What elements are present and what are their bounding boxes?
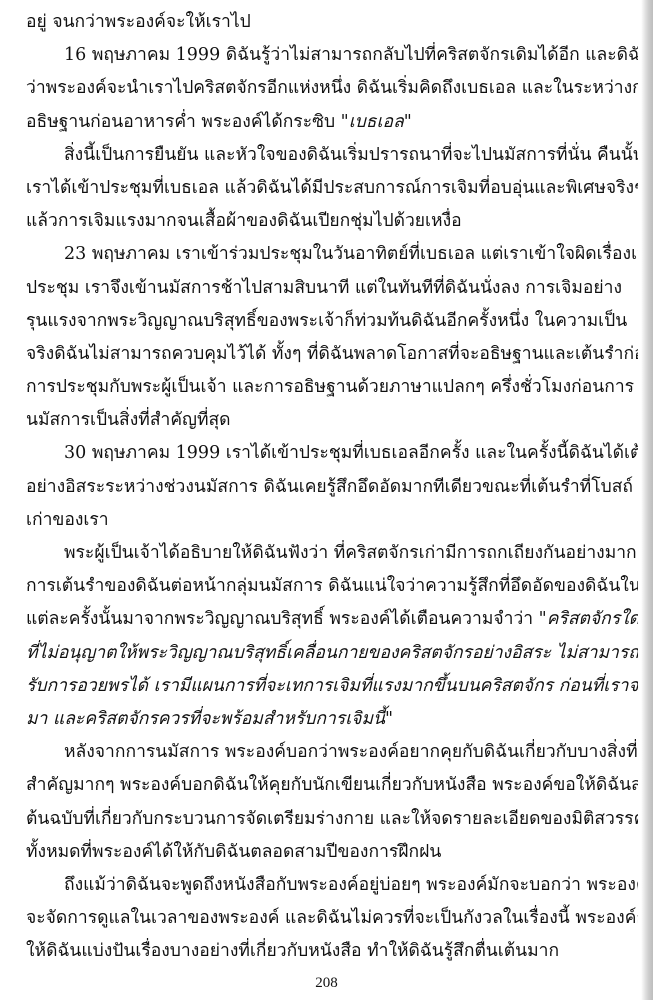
text-line: 30 พฤษภาคม 1999 เราได้เข้าประชุมที่เบธเอ… (26, 437, 638, 470)
text-line: ต้นฉบับที่เกี่ยวกับกระบวนการจัดเตรียมร่า… (26, 803, 638, 836)
text-line: การเต้นรำของดิฉันต่อหน้ากลุ่มนมัสการ ดิฉ… (26, 570, 638, 603)
text-line: จริงดิฉันไม่สามารถควบคุมไว้ได้ ทั้งๆ ที่… (26, 338, 638, 371)
text-line: แต่ละครั้งนั้นมาจากพระวิญญาณบริสุทธิ์ พร… (26, 603, 638, 636)
book-page: อยู่ จนกว่าพระองค์จะให้เราไป 16 พฤษภาคม … (0, 0, 653, 1000)
text-line: ทั้งหมดที่พระองค์ได้ให้กับดิฉันตลอดสามปี… (26, 836, 638, 869)
text-line: ให้ดิฉันแบ่งปันเรื่องบางอย่างที่เกี่ยวกั… (26, 935, 638, 968)
text-line: เก่าของเรา (26, 504, 638, 537)
scan-binding-shadow (641, 0, 653, 1000)
text-run: แต่ละครั้งนั้นมาจากพระวิญญาณบริสุทธิ์ พร… (26, 609, 539, 629)
text-line: จะจัดการดูแลในเวลาของพระองค์ และดิฉันไม่… (26, 902, 638, 935)
page-number: 208 (0, 975, 653, 992)
italic-quote-line: รับการอวยพรได้ เรามีแผนการที่จะเทการเจิม… (26, 670, 638, 703)
text-line: ถึงแม้ว่าดิฉันจะพูดถึงหนังสือกับพระองค์อ… (26, 869, 638, 902)
text-line: รุนแรงจากพระวิญญาณบริสุทธิ์ของพระเจ้าก็ท… (26, 305, 638, 338)
text-line: หลังจากการนมัสการ พระองค์บอกว่าพระองค์อย… (26, 736, 638, 769)
text-line: อยู่ จนกว่าพระองค์จะให้เราไป (26, 6, 638, 39)
text-line: การประชุมกับพระผู้เป็นเจ้า และการอธิษฐาน… (26, 371, 638, 404)
body-text: อยู่ จนกว่าพระองค์จะให้เราไป 16 พฤษภาคม … (26, 6, 638, 968)
text-line: สำคัญมากๆ พระองค์บอกดิฉันให้คุยกับนักเขี… (26, 769, 638, 802)
text-line: นมัสการเป็นสิ่งที่สำคัญที่สุด (26, 404, 638, 437)
italic-quote-line: มา และคริสตจักรควรที่จะพร้อมสำหรับการเจิ… (26, 703, 638, 736)
text-line: ว่าพระองค์จะนำเราไปคริสตจักรอีกแห่งหนึ่ง… (26, 72, 638, 105)
text-line: 23 พฤษภาคม เราเข้าร่วมประชุมในวันอาทิตย์… (26, 238, 638, 271)
text-line: สิ่งนี้เป็นการยืนยัน และหัวใจของดิฉันเริ… (26, 139, 638, 172)
text-line: 16 พฤษภาคม 1999 ดิฉันรู้ว่าไม่สามารถกลับ… (26, 39, 638, 72)
italic-quote: "คริสตจักรใด (539, 609, 638, 629)
italic-quote: "เบธเอล" (341, 112, 412, 132)
text-line: เราได้เข้าประชุมที่เบธเอล แล้วดิฉันได้มี… (26, 172, 638, 205)
text-line: อธิษฐานก่อนอาหารค่ำ พระองค์ได้กระซิบ "เบ… (26, 106, 638, 139)
text-line: พระผู้เป็นเจ้าได้อธิบายให้ดิฉันฟังว่า ที… (26, 537, 638, 570)
text-run: อธิษฐานก่อนอาหารค่ำ พระองค์ได้กระซิบ (26, 112, 341, 132)
italic-quote-line: ที่ไม่อนุญาตให้พระวิญญาณบริสุทธิ์เคลื่อน… (26, 637, 638, 670)
text-line: ประชุม เราจึงเข้านมัสการช้าไปสามสิบนาที … (26, 272, 638, 305)
text-line: อย่างอิสระระหว่างช่วงนมัสการ ดิฉันเคยรู้… (26, 471, 638, 504)
text-line: แล้วการเจิมแรงมากจนเสื้อผ้าของดิฉันเปียก… (26, 205, 638, 238)
